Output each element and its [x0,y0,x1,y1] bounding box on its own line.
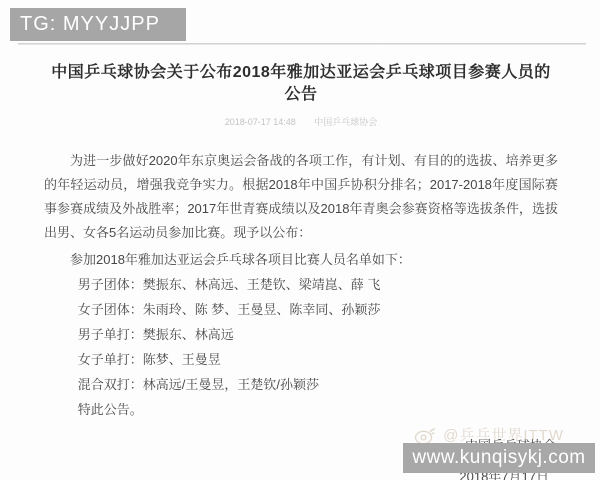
header-divider [18,43,586,45]
roster-mens-team: 男子团体：樊振东、林高远、王楚钦、梁靖崑、薛 飞 [44,272,558,297]
roster-womens-singles: 女子单打：陈梦、王曼昱 [44,347,558,372]
article-body: 为进一步做好2020年东京奥运会备战的各项工作，有计划、有目的的选拔、培养更多的… [44,149,558,272]
roster-list: 男子团体：樊振东、林高远、王楚钦、梁靖崑、薛 飞 女子团体：朱雨玲、陈 梦、王曼… [44,272,558,397]
roster-intro-line: 参加2018年雅加达亚运会乒乓球各项目比赛人员名单如下： [44,248,558,272]
publish-source: 中国乒乓球协会 [314,117,377,127]
roster-womens-team: 女子团体：朱雨玲、陈 梦、王曼昱、陈幸同、孙颖莎 [44,297,558,322]
site-watermark: www.kunqisykj.com [403,443,595,473]
page-title: 中国乒乓球协会关于公布2018年雅加达亚运会乒乓球项目参赛人员的公告 [44,62,558,106]
publish-time: 2018-07-17 14:48 [225,117,296,127]
roster-mens-singles: 男子单打：樊振东、林高远 [44,322,558,347]
channel-badge: TG: MYYJJPP [10,8,186,41]
article-meta: 2018-07-17 14:48 中国乒乓球协会 [44,115,558,128]
roster-mixed-doubles: 混合双打：林高远/王曼昱，王楚钦/孙颖莎 [44,372,558,397]
intro-paragraph: 为进一步做好2020年东京奥运会备战的各项工作，有计划、有目的的选拔、培养更多的… [44,149,558,245]
announcement-page: TG: MYYJJPP 中国乒乓球协会关于公布2018年雅加达亚运会乒乓球项目参… [0,0,600,480]
article: 中国乒乓球协会关于公布2018年雅加达亚运会乒乓球项目参赛人员的公告 2018-… [44,62,558,480]
closing-line: 特此公告。 [44,397,558,422]
